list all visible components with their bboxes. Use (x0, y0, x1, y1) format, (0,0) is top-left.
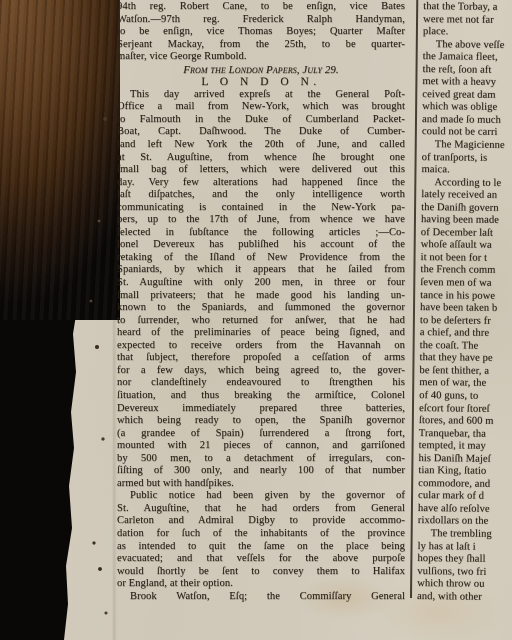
text-line: ſtores, and 600 m (419, 415, 512, 429)
text-line: This day arrived expreſs at the General … (117, 89, 405, 102)
text-line: heard of the preliminaries of peace bein… (117, 327, 405, 340)
text-line: hopes they ſhall (417, 553, 512, 567)
text-line: Devereux immediately prepared three batt… (117, 403, 405, 416)
text-line: to ſurrender, who returned for anſwer, t… (117, 315, 405, 328)
text-line: to Falmouth in the Duke of Cumberland Pa… (117, 114, 405, 127)
text-line: expected to receive orders from the Hava… (117, 340, 405, 353)
newspaper-photo: 94th reg. Robert Cane, to be enſign, vic… (0, 0, 512, 640)
text-line: The trembling (418, 528, 512, 542)
text-line: armed but with handſpikes. (117, 478, 405, 491)
text-line: ſmall privateers; that he made good his … (117, 290, 405, 303)
text-line: Carleton and Admiral Digby to provide ac… (117, 515, 405, 528)
text-line: known to the Spaniards, and ſummoned the… (117, 302, 405, 315)
text-line: Watſon.—97th reg. Frederick Ralph Handym… (117, 14, 405, 27)
text-line: that ſubject, therefore propoſed a ceſſa… (117, 352, 405, 365)
text-line: that the Torbay, a (423, 1, 512, 15)
text-line: day. Very few alterations had happened ſ… (117, 177, 405, 190)
text-line: Office a mail from New-York, which was b… (117, 101, 405, 114)
text-line: communicating is contained in the New-Yo… (117, 202, 405, 215)
text-line: Serjeant Mackay, from the 25th, to be qu… (117, 39, 405, 52)
text-line: land left New York the 20th of June, and… (117, 139, 405, 152)
text-line: lonel Devereux has publiſhed his account… (117, 239, 405, 252)
text-line: place. (423, 26, 512, 40)
text-line: mounted with 21 pieces of cannon, and ga… (117, 440, 405, 453)
text-line: would ſhortly be ſent to convey them to … (117, 566, 405, 579)
dateline-heading: From the London Papers, July 29. (117, 64, 405, 77)
text-line: ſmall bag of letters, which were deliver… (117, 164, 405, 177)
text-line: Boat, Capt. Daſhwood. The Duke of Cumber… (117, 126, 405, 139)
text-line: Public notice had been given by the gove… (117, 490, 405, 503)
text-line: St. Auguſtine, that he had orders from G… (117, 503, 405, 516)
text-line: dation for ſuch of the inhabitants of th… (117, 528, 405, 541)
text-line: have been taken b (420, 302, 512, 316)
ink-specks (0, 0, 2, 2)
text-line: laſt diſpatches, and the only intelligen… (117, 189, 405, 202)
text-line: Spaniards, by which it appears that he ſ… (117, 264, 405, 277)
london-heading: L O N D O N. (117, 76, 405, 89)
text-line: of 40 guns, to (419, 390, 512, 404)
text-line: by 500 men, to a detachment of irregular… (117, 453, 405, 466)
text-line: ſeven men of wa (420, 277, 512, 291)
left-column: 94th reg. Robert Cane, to be enſign, vic… (117, 1, 405, 603)
text-line: (a grandee of Spain) ſurrendered a ſtron… (117, 428, 405, 441)
text-line: 94th reg. Robert Cane, to be enſign, vic… (117, 1, 405, 14)
text-line: at St. Auguſtine, from whence ſhe brough… (117, 152, 405, 165)
text-line: which being ready to open, the Spaniſh g… (117, 415, 405, 428)
text-line: ſiſting of 300 only, and nearly 100 of t… (117, 465, 405, 478)
text-line: ſituation, and thus breaking the armiſti… (117, 390, 405, 403)
text-line: nor clandeſtinely endeavoured to ſtrengt… (117, 377, 405, 390)
text-line: as intended to quit the ſame on the plac… (117, 541, 405, 554)
text-line: to be enſign, vice Thomas Boyes; Quarter… (117, 26, 405, 39)
text-line: retaking of the Iſland of New Providence… (117, 252, 405, 265)
wood-background (0, 0, 120, 320)
text-line: for a few days, which being agreed to, t… (117, 365, 405, 378)
text-line: evacuated; and that veſſels for the abov… (117, 553, 405, 566)
text-line: and, with other (417, 591, 512, 605)
text-line: pers, up to the 17th of June, from whenc… (117, 214, 405, 227)
text-line: ſelected in ſubſtance the following arti… (117, 227, 405, 240)
text-line: maica. (421, 164, 512, 178)
text-line: or England, at their option. (117, 578, 405, 591)
right-column: that the Torbay, awere met not farplace.… (417, 1, 512, 605)
text-line: The Magicienne (422, 139, 512, 153)
text-line: St. Auguſtine with only 200 men, in thre… (117, 277, 405, 290)
text-line: Brook Watſon, Eſq; the Commiſſary Genera… (117, 591, 405, 604)
text-line: maſter, vice George Rumbold. (117, 51, 405, 64)
